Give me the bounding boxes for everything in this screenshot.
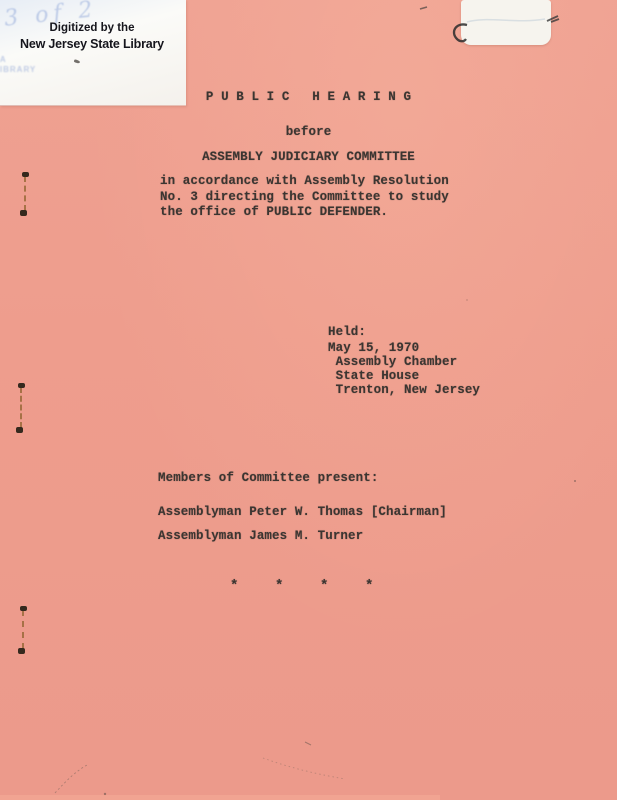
digitized-label-text: Digitized by the New Jersey State Librar… (12, 21, 172, 53)
staple-mark (19, 172, 30, 216)
member-name: Assemblyman James M. Turner (158, 530, 363, 543)
staple-hole (20, 606, 27, 611)
white-sticker (461, 0, 551, 45)
staple-rust-line (20, 387, 22, 428)
faint-stamp-line: LIBRARY (0, 65, 36, 75)
staple-hole (20, 210, 27, 216)
staple-mark (15, 383, 26, 433)
staple-mark (17, 606, 28, 654)
staple-hole (18, 648, 25, 654)
faint-stamp: LA LIBRARY (0, 55, 36, 75)
resolution-line: the office of PUBLIC DEFENDER. (160, 206, 388, 219)
ink-speck (419, 5, 429, 11)
staple-hole (18, 383, 25, 388)
digitized-label-line2: New Jersey State Library (12, 36, 172, 53)
member-name: Assemblyman Peter W. Thomas [Chairman] (158, 506, 447, 519)
digitized-label-line1: Digitized by the (12, 21, 172, 36)
asterisk-separator: * * * * (230, 580, 374, 593)
before-label: before (0, 126, 617, 139)
faint-stamp-line: LA (0, 55, 36, 65)
held-place: Trenton, New Jersey (328, 384, 480, 397)
sticker-faint-mark (461, 0, 551, 45)
staple-hole (22, 172, 29, 177)
staple-hole (16, 427, 23, 433)
scanned-cover-page: P U B L I C H E A R I N G before ASSEMBL… (0, 0, 617, 800)
staple-rust-line (24, 176, 26, 211)
scratch-marks (0, 0, 617, 800)
held-place: State House (328, 370, 419, 383)
members-heading: Members of Committee present: (158, 472, 378, 485)
committee-name: ASSEMBLY JUDICIARY COMMITTEE (0, 151, 617, 164)
resolution-line: No. 3 directing the Committee to study (160, 191, 449, 204)
held-label: Held: (328, 326, 366, 339)
page-bottom-edge (0, 795, 440, 800)
digitized-label: 3 of 2 LA LIBRARY Digitized by the New J… (0, 0, 186, 106)
staple-rust-line (22, 610, 24, 649)
resolution-line: in accordance with Assembly Resolution (160, 175, 449, 188)
held-date: May 15, 1970 (328, 342, 419, 355)
held-place: Assembly Chamber (328, 356, 457, 369)
ink-speck (74, 59, 81, 64)
